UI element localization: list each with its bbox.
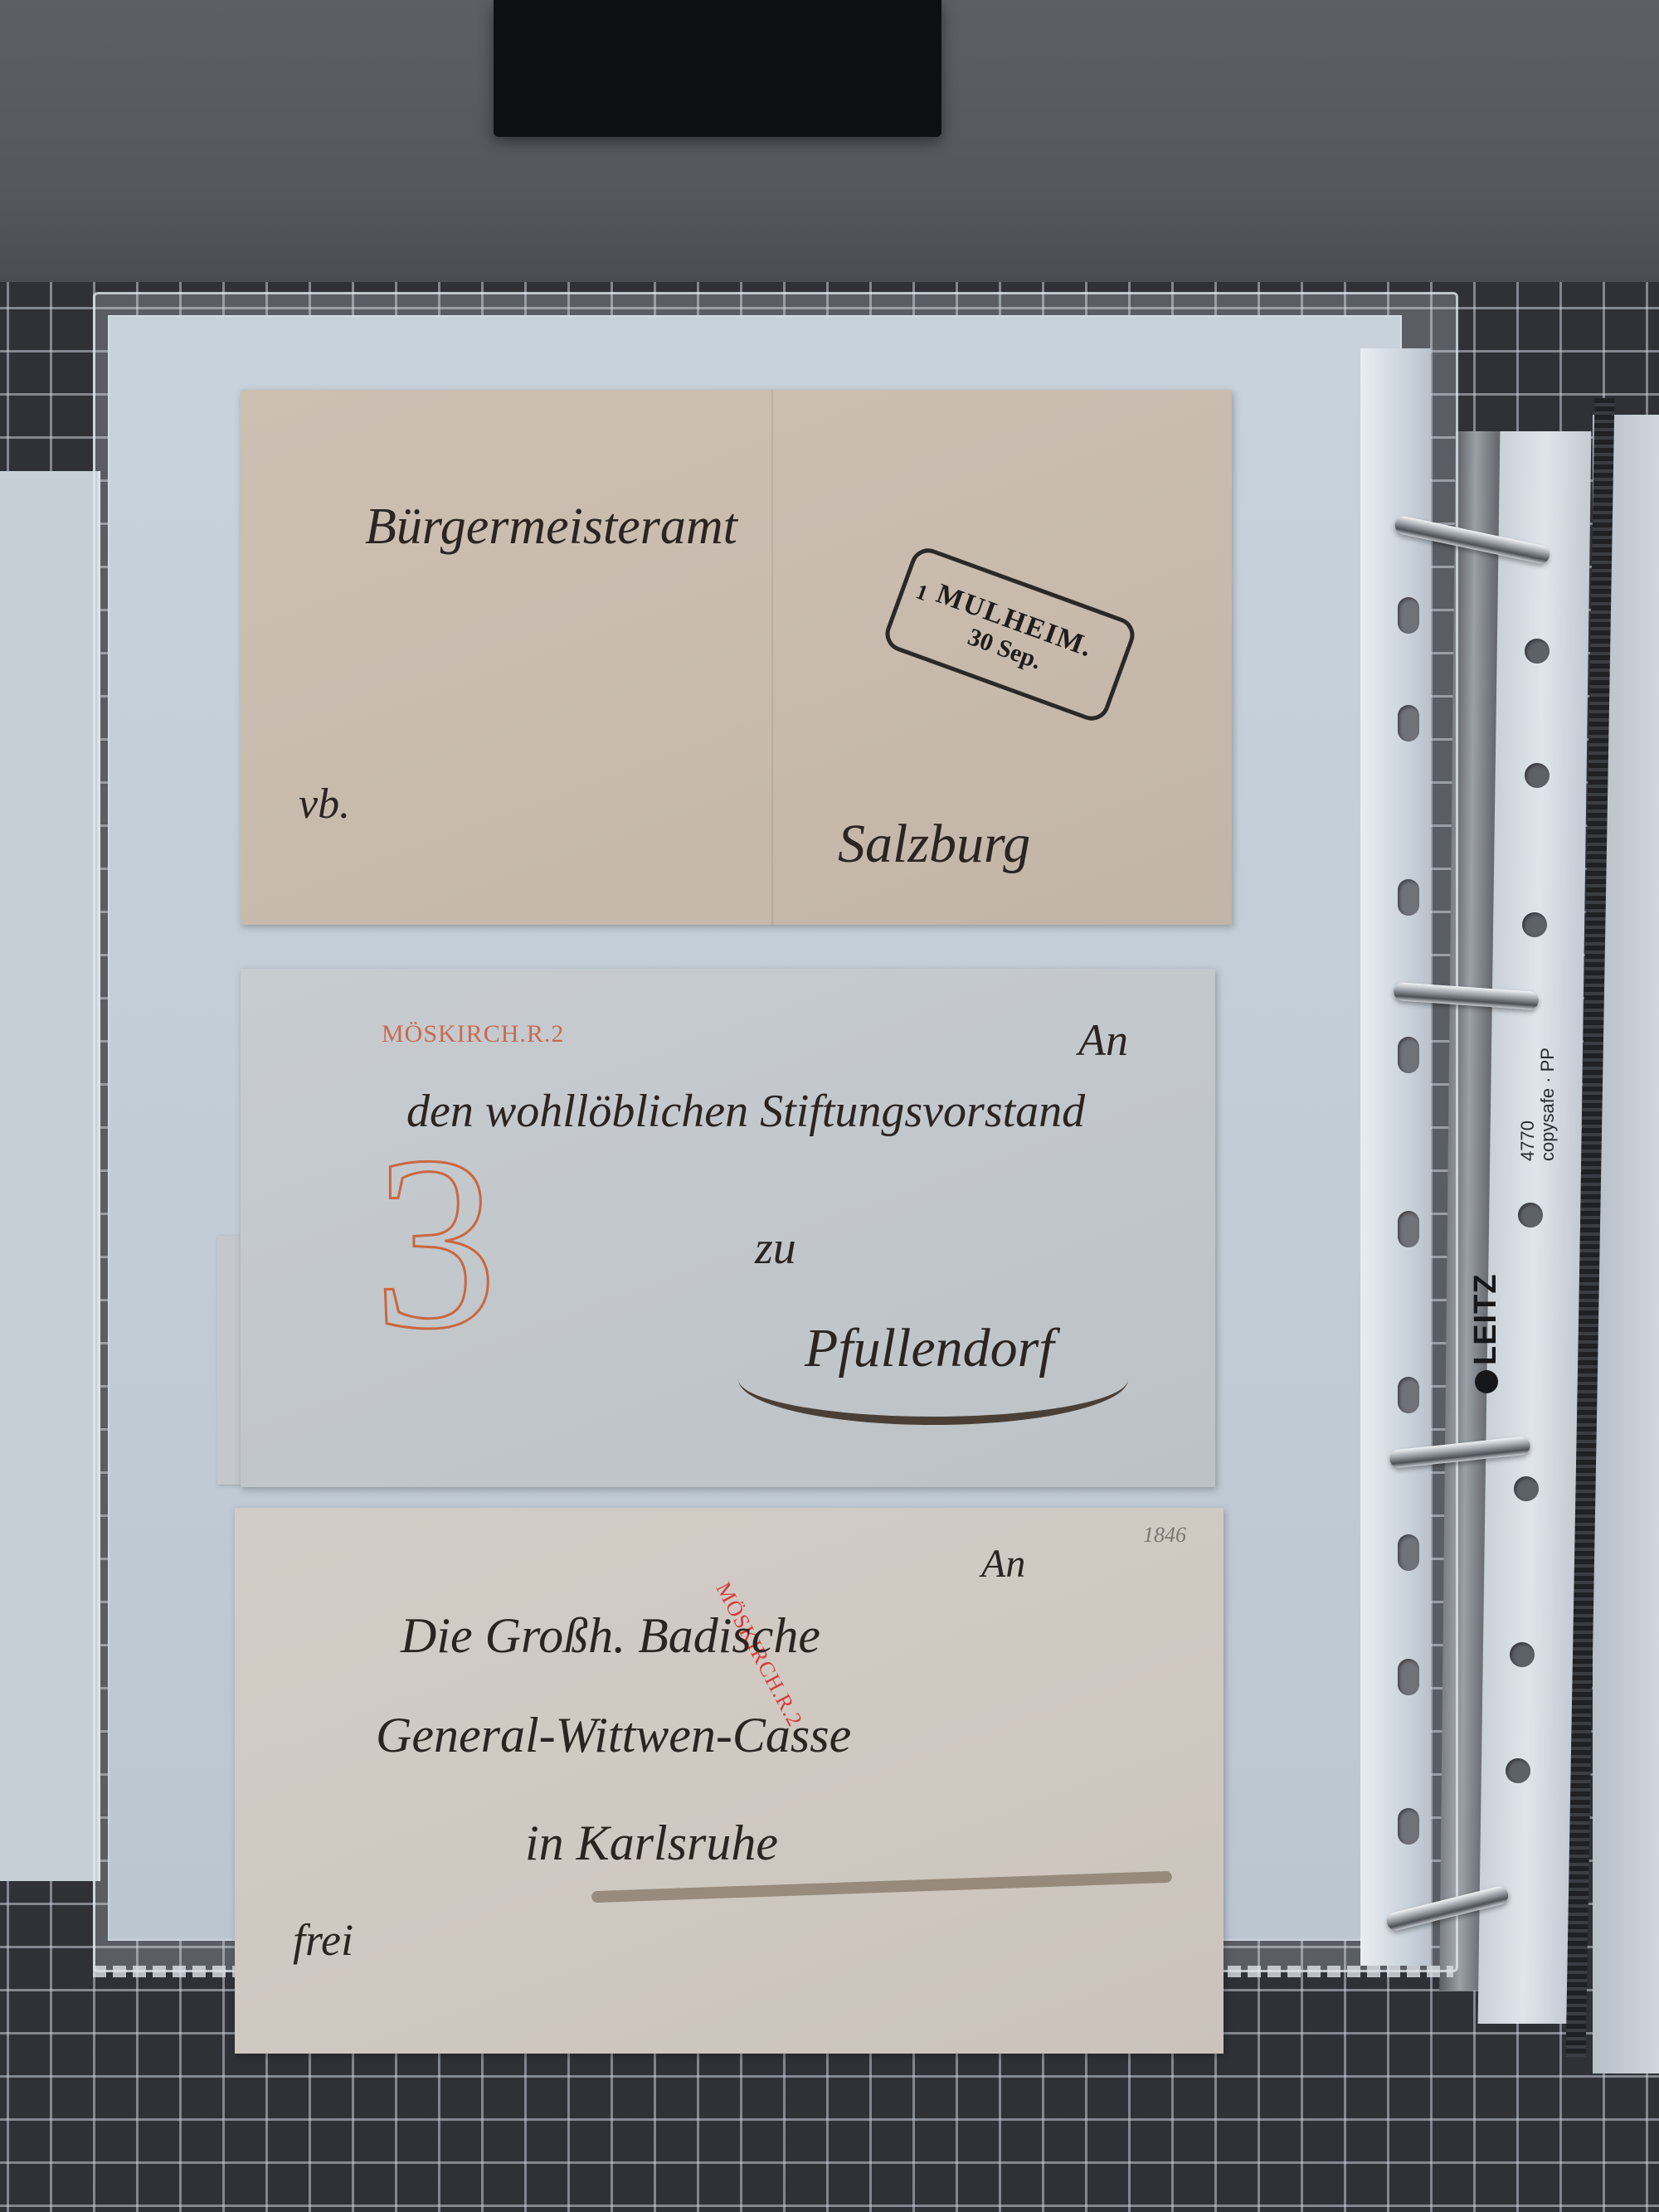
address-line: Die Großh. Badische	[401, 1607, 820, 1665]
address-line: Salzburg	[838, 813, 1030, 876]
postmark-number: 1	[912, 579, 931, 606]
leitz-brand-text: LEITZ	[1468, 1273, 1503, 1365]
punch-hole	[1398, 1534, 1419, 1571]
punch-hole	[1398, 1037, 1419, 1073]
punch-hole	[1398, 597, 1419, 634]
punch-hole	[1398, 1808, 1419, 1845]
strip-hole	[1510, 1642, 1535, 1667]
punch-hole	[1398, 1377, 1419, 1413]
address-line: General-Wittwen-Casse	[376, 1707, 851, 1764]
address-line: zu	[755, 1222, 796, 1275]
cover-moskirch-2: 1846 MÖSKIRCH.R.2 An Die Großh. Badische…	[235, 1508, 1224, 2054]
underline-stroke	[591, 1871, 1172, 1903]
material-text: copysafe · PP	[1538, 1048, 1558, 1161]
address-line: frei	[293, 1914, 353, 1966]
address-line: in Karlsruhe	[525, 1815, 778, 1872]
punch-hole	[1398, 1211, 1419, 1247]
strip-hole	[1514, 1476, 1539, 1501]
annotation: vb.	[299, 780, 350, 829]
strip-hole	[1525, 639, 1550, 664]
rate-mark: 3	[373, 1118, 498, 1367]
leitz-logo: LEITZ	[1468, 1273, 1504, 1393]
underline-flourish	[738, 1334, 1128, 1425]
address-line: An	[1078, 1014, 1128, 1066]
leitz-logo-icon	[1475, 1370, 1498, 1393]
black-object	[494, 0, 941, 137]
address-line: An	[981, 1541, 1025, 1587]
cover-mulheim: Bürgermeisteramt 1 MULHEIM. 30 Sep. vb. …	[241, 390, 1232, 925]
strip-hole	[1525, 763, 1550, 788]
punch-hole	[1398, 705, 1419, 741]
fold-line	[771, 390, 773, 925]
cover-moskirch-1: MÖSKIRCH.R.2 3 An den wohllöblichen Stif…	[241, 969, 1215, 1487]
sleeve-punch-strip	[1360, 348, 1431, 1966]
address-line: Bürgermeisteramt	[365, 498, 737, 557]
punch-hole	[1398, 1659, 1419, 1695]
strip-hole	[1506, 1758, 1530, 1783]
model-number: 4770	[1518, 1048, 1538, 1161]
moskirch-postmark: MÖSKIRCH.R.2	[382, 1020, 564, 1048]
leitz-model-label: 4770 copysafe · PP	[1518, 1048, 1558, 1161]
adjacent-album-page	[0, 471, 100, 1881]
strip-hole	[1518, 1203, 1543, 1228]
pencil-note: 1846	[1143, 1523, 1186, 1548]
strip-hole	[1522, 912, 1547, 937]
punch-hole	[1398, 879, 1419, 916]
address-line: den wohllöblichen Stiftungsvorstand	[406, 1085, 1085, 1138]
mulheim-boxed-postmark: 1 MULHEIM. 30 Sep.	[880, 543, 1139, 726]
